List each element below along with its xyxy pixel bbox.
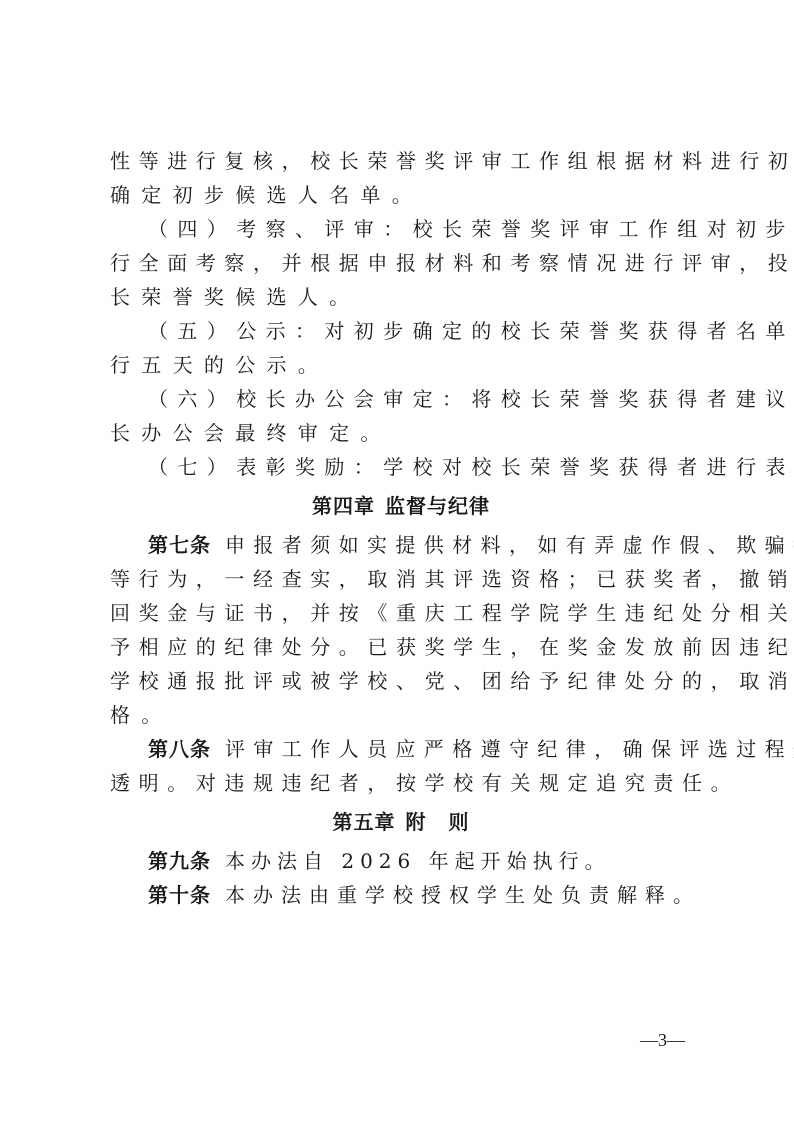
chapter-4-heading: 第四章监督与纪律 <box>110 489 692 523</box>
text-line: 性等进行复核，校长荣誉奖评审工作组根据材料进行初次评选， <box>110 144 692 178</box>
text-line: 回奖金与证书，并按《重庆工程学院学生违纪处分相关规定》给 <box>110 596 692 630</box>
text-line: 长荣誉奖候选人。 <box>110 280 692 314</box>
text-line: （五）公示：对初步确定的校长荣誉奖获得者名单在全校进 <box>110 314 692 348</box>
text-line: （七）表彰奖励：学校对校长荣誉奖获得者进行表彰奖励。 <box>110 450 692 484</box>
text-line: 透明。对违规违纪者，按学校有关规定追究责任。 <box>110 766 692 800</box>
article-9: 第九条本办法自 2026 年起开始执行。 <box>110 844 692 878</box>
text-line: 予相应的纪律处分。已获奖学生，在奖金发放前因违纪被学院、 <box>110 630 692 664</box>
article-label: 第八条 <box>148 737 211 761</box>
text-line: 本办法由重学校授权学生处负责解释。 <box>225 883 701 907</box>
paragraph-step-5: （五）公示：对初步确定的校长荣誉奖获得者名单在全校进 行五天的公示。 <box>110 314 692 382</box>
text-line: 本办法自 2026 年起开始执行。 <box>225 849 611 873</box>
paragraph-step-6: （六）校长办公会审定：将校长荣誉奖获得者建议名单报校 长办公会最终审定。 <box>110 382 692 450</box>
article-8: 第八条评审工作人员应严格遵守纪律，确保评选过程规范 透明。对违规违纪者，按学校有… <box>110 732 692 800</box>
text-line: 确定初步候选人名单。 <box>110 178 692 212</box>
text-line: 行五天的公示。 <box>110 348 692 382</box>
chapter-title: 监督与纪律 <box>385 494 490 518</box>
paragraph-continuation: 性等进行复核，校长荣誉奖评审工作组根据材料进行初次评选， 确定初步候选人名单。 <box>110 144 692 212</box>
text-line: （四）考察、评审：校长荣誉奖评审工作组对初步候选人进 <box>110 212 692 246</box>
article-label: 第九条 <box>148 849 211 873</box>
chapter-number: 第五章 <box>333 810 396 834</box>
text-line: 申报者须如实提供材料，如有弄虚作假、欺骗组织 <box>225 533 794 557</box>
article-label: 第七条 <box>148 533 211 557</box>
paragraph-step-4: （四）考察、评审：校长荣誉奖评审工作组对初步候选人进 行全面考察，并根据申报材料… <box>110 212 692 314</box>
chapter-5-heading: 第五章附则 <box>110 805 692 839</box>
text-line: 长办公会最终审定。 <box>110 416 692 450</box>
article-7: 第七条申报者须如实提供材料，如有弄虚作假、欺骗组织 等行为，一经查实，取消其评选… <box>110 528 692 732</box>
text-line: 格。 <box>110 698 692 732</box>
article-10: 第十条本办法由重学校授权学生处负责解释。 <box>110 878 692 912</box>
text-line: 等行为，一经查实，取消其评选资格；已获奖者，撤销奖励、追 <box>110 562 692 596</box>
page-number: —3— <box>640 1030 685 1051</box>
text-line: （六）校长办公会审定：将校长荣誉奖获得者建议名单报校 <box>110 382 692 416</box>
article-label: 第十条 <box>148 883 211 907</box>
chapter-title-part: 附 <box>406 810 427 834</box>
text-line: 学校通报批评或被学校、党、团给予纪律处分的，取消其获奖资 <box>110 664 692 698</box>
paragraph-step-7: （七）表彰奖励：学校对校长荣誉奖获得者进行表彰奖励。 <box>110 450 692 484</box>
document-page: 性等进行复核，校长荣誉奖评审工作组根据材料进行初次评选， 确定初步候选人名单。 … <box>110 144 692 912</box>
chapter-number: 第四章 <box>312 494 375 518</box>
text-line: 评审工作人员应严格遵守纪律，确保评选过程规范 <box>225 737 794 761</box>
text-line: 行全面考察，并根据申报材料和考察情况进行评审，投票决定校 <box>110 246 692 280</box>
chapter-title-part: 则 <box>449 810 470 834</box>
